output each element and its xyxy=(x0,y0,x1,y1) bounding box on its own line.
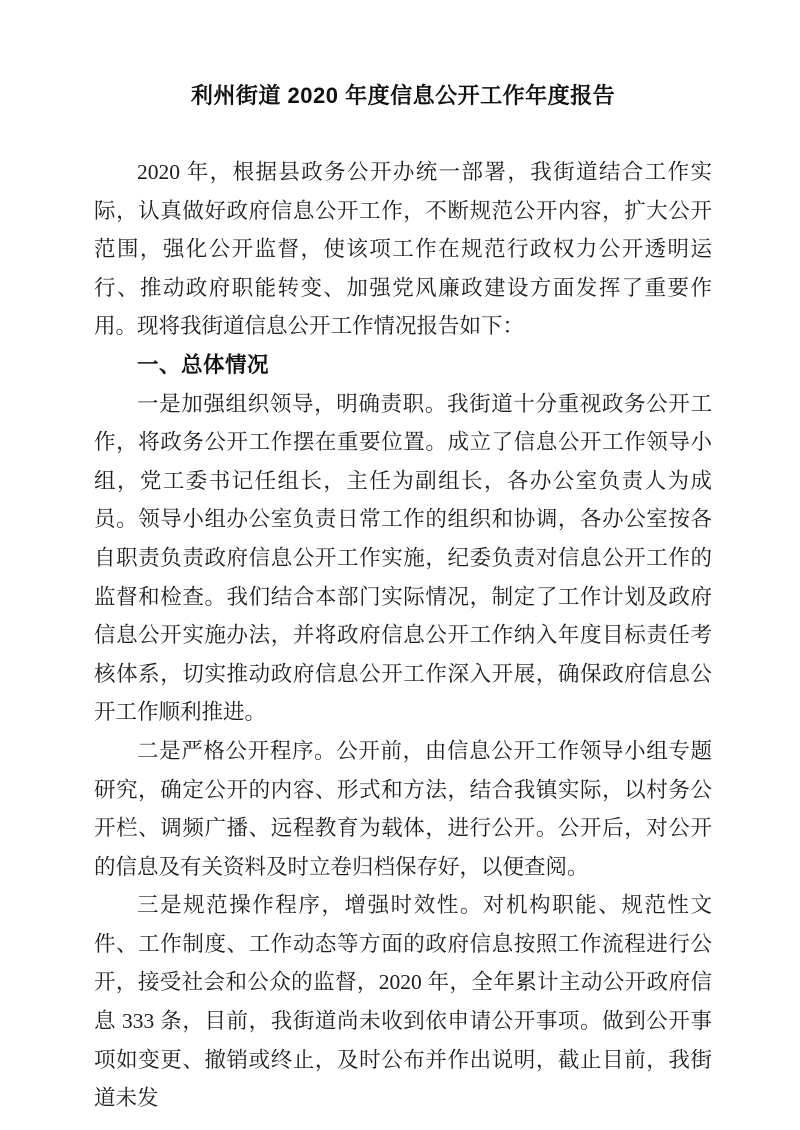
document-body: 2020 年，根据县政务公开办统一部署，我街道结合工作实际，认真做好政府信息公开… xyxy=(94,153,712,1118)
section-heading: 一、总体情况 xyxy=(94,346,712,385)
body-paragraph: 一是加强组织领导，明确责职。我街道十分重视政务公开工作，将政务公开工作摆在重要位… xyxy=(94,385,712,732)
document-page: 利州街道 2020 年度信息公开工作年度报告 2020 年，根据县政务公开办统一… xyxy=(0,0,800,1130)
page-footer: - 1 - xyxy=(94,1048,712,1068)
body-paragraph: 2020 年，根据县政务公开办统一部署，我街道结合工作实际，认真做好政府信息公开… xyxy=(94,153,712,346)
body-paragraph: 三是规范操作程序，增强时效性。对机构职能、规范性文件、工作制度、工作动态等方面的… xyxy=(94,886,712,1118)
page-number: - 1 - xyxy=(679,1050,712,1065)
document-title: 利州街道 2020 年度信息公开工作年度报告 xyxy=(94,80,712,112)
body-paragraph: 二是严格公开程序。公开前，由信息公开工作领导小组专题研究，确定公开的内容、形式和… xyxy=(94,732,712,886)
